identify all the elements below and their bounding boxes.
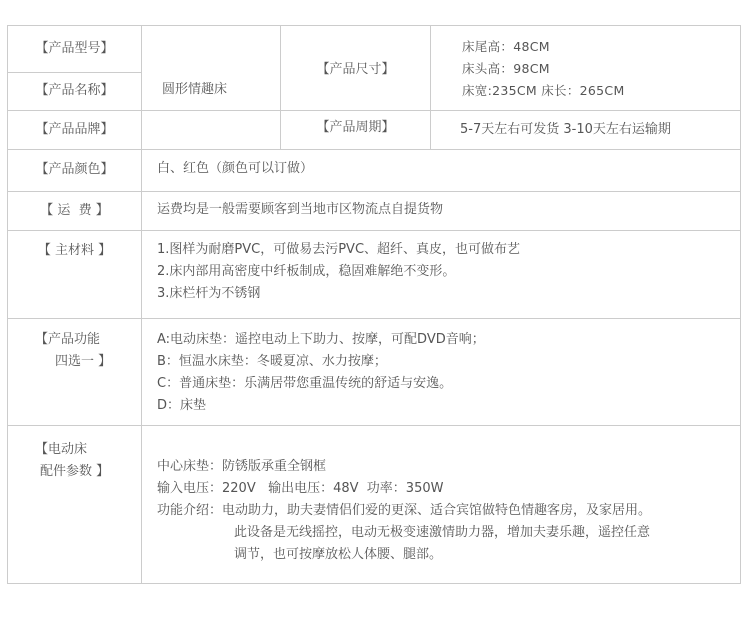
electric-line: 此设备是无线摇控，电动无极变速激情助力器，增加夫妻乐趣，遥控任意 (157, 522, 651, 544)
row-divider (7, 318, 741, 319)
col-divider (141, 25, 142, 584)
electric-line: 输入电压：220V 输出电压：48V 功率：350W (157, 478, 651, 500)
electric-label-line2: 配件参数 】 (35, 461, 109, 483)
electric-label: 【电动床 配件参数 】 (35, 439, 109, 483)
brand-label: 【产品品牌】 (8, 119, 141, 141)
electric-values: 中心床垫：防锈版承重全钢框 输入电压：220V 输出电压：48V 功率：350W… (157, 456, 651, 566)
function-option: D：床垫 (157, 395, 485, 417)
shipping-label: 【 运 费 】 (8, 200, 141, 222)
name-value: 圆形情趣床 (162, 79, 227, 101)
size-values: 床尾高：48CM 床头高：98CM 床宽:235CM 床长：265CM (462, 36, 625, 102)
size-label: 【产品尺寸】 (281, 59, 430, 81)
function-label-line2: 四选一 】 (35, 351, 111, 373)
row-divider (7, 149, 741, 150)
name-label: 【产品名称】 (8, 80, 141, 102)
color-value: 白、红色（颜色可以订做） (157, 158, 313, 180)
function-values: A:电动床垫：遥控电动上下助力、按摩，可配DVD音响； B：恒温水床垫：冬暖夏凉… (157, 329, 485, 417)
function-option: A:电动床垫：遥控电动上下助力、按摩，可配DVD音响； (157, 329, 485, 351)
electric-label-line1: 【电动床 (35, 439, 109, 461)
size-line: 床宽:235CM 床长：265CM (462, 80, 625, 102)
row-divider (7, 72, 141, 73)
function-label: 【产品功能 四选一 】 (35, 329, 111, 373)
color-label: 【产品颜色】 (8, 159, 141, 181)
function-label-line1: 【产品功能 (35, 329, 111, 351)
material-line: 3.床栏杆为不锈钢 (157, 283, 520, 305)
function-option: C：普通床垫：乐满居带您重温传统的舒适与安逸。 (157, 373, 485, 395)
row-divider (7, 191, 741, 192)
function-option: B：恒温水床垫：冬暖夏凉、水力按摩； (157, 351, 485, 373)
electric-line: 调节，也可按摩放松人体腰、腿部。 (157, 544, 651, 566)
shipping-value: 运费均是一般需要顾客到当地市区物流点自提货物 (157, 199, 443, 221)
electric-line: 功能介绍：电动助力，助夫妻情侣们爱的更深、适合宾馆做特色情趣客房，及家居用。 (157, 500, 651, 522)
model-label: 【产品型号】 (8, 38, 141, 60)
size-line: 床尾高：48CM (462, 36, 625, 58)
row-divider (7, 230, 741, 231)
material-line: 1.图样为耐磨PVC，可做易去污PVC、超纤、真皮，也可做布艺 (157, 239, 520, 261)
row-divider (7, 110, 741, 111)
row-divider (7, 425, 741, 426)
col-divider (430, 25, 431, 149)
size-line: 床头高：98CM (462, 58, 625, 80)
period-value: 5-7天左右可发货 3-10天左右运输期 (460, 119, 671, 141)
material-values: 1.图样为耐磨PVC，可做易去污PVC、超纤、真皮，也可做布艺 2.床内部用高密… (157, 239, 520, 305)
period-label: 【产品周期】 (281, 117, 430, 139)
material-line: 2.床内部用高密度中纤板制成，稳固难解绝不变形。 (157, 261, 520, 283)
material-label: 【 主材料 】 (8, 240, 141, 262)
electric-line: 中心床垫：防锈版承重全钢框 (157, 456, 651, 478)
